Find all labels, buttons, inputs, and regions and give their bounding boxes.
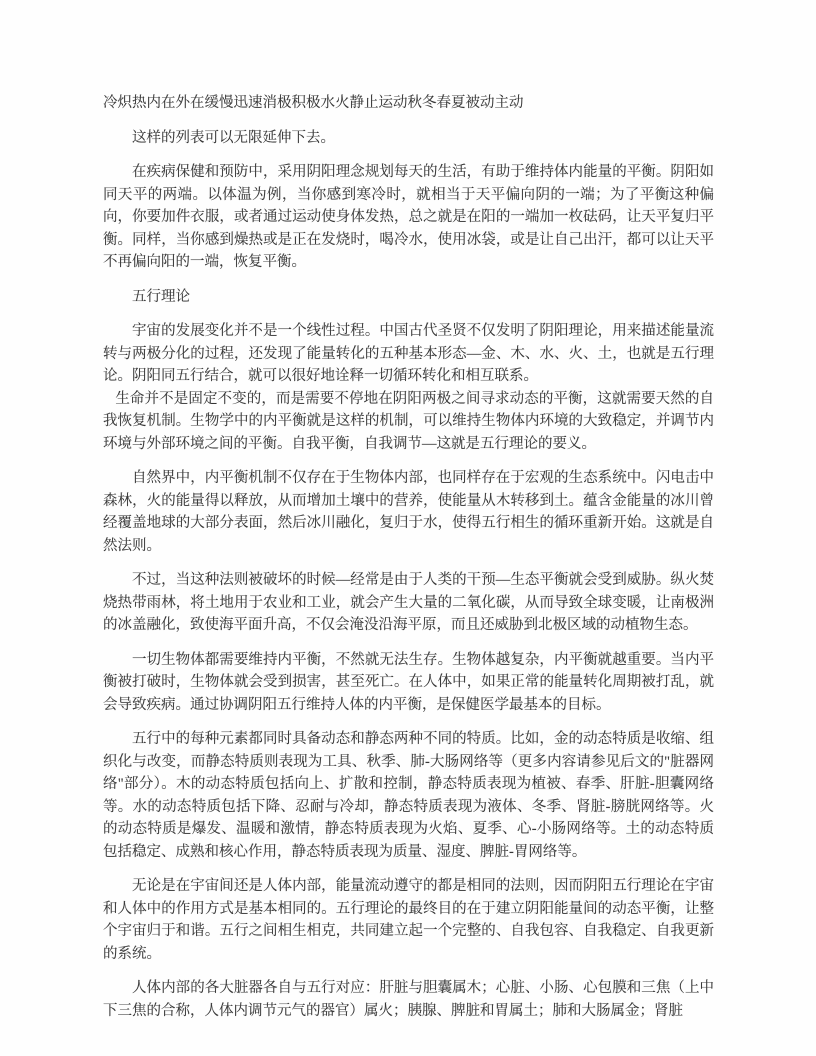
- yinyang-daily-life-paragraph: 在疾病保健和预防中，采用阴阳理念规划每天的生活，有助于维持体内能量的平衡。阴阳如…: [103, 161, 714, 274]
- page-text-content: 冷炽热内在外在缓慢迅速消极积极水火静止运动秋冬春夏被动主动 这样的列表可以无限延…: [103, 92, 714, 1034]
- life-dynamic-balance-paragraph: 生命并不是固定不变的，而是需要不停地在阴阳两极之间寻求动态的平衡，这就需要天然的…: [103, 388, 714, 456]
- antonym-word-list: 冷炽热内在外在缓慢迅速消极积极水火静止运动秋冬春夏被动主动: [103, 92, 714, 115]
- organism-homeostasis-paragraph: 一切生物体都需要维持内平衡，不然就无法生存。生物体越复杂，内平衡就越重要。当内平…: [103, 649, 714, 717]
- ecological-threat-paragraph: 不过，当这种法则被破坏的时候—经常是由于人类的干预—生态平衡就会受到威胁。纵火焚…: [103, 569, 714, 637]
- universe-development-paragraph: 宇宙的发展变化并不是一个线性过程。中国古代圣贤不仅发明了阴阳理论，用来描述能量流…: [103, 320, 714, 388]
- nature-homeostasis-paragraph: 自然界中，内平衡机制不仅存在于生物体内部，也同样存在于宏观的生态系统中。闪电击中…: [103, 467, 714, 557]
- document-page: 冷炽热内在外在缓慢迅速消极积极水火静止运动秋冬春夏被动主动 这样的列表可以无限延…: [0, 0, 816, 1056]
- organs-five-elements-mapping-paragraph: 人体内部的各大脏器各自与五行对应：肝脏与胆囊属木；心脏、小肠、心包膜和三焦（上中…: [103, 977, 714, 1022]
- list-remark: 这样的列表可以无限延伸下去。: [103, 127, 714, 150]
- section-heading-five-elements: 五行理论: [103, 286, 714, 309]
- universal-law-paragraph: 无论是在宇宙间还是人体内部，能量流动遵守的都是相同的法则，因而阴阳五行理论在宇宙…: [103, 875, 714, 965]
- five-elements-traits-paragraph: 五行中的每种元素都同时具备动态和静态两种不同的特质。比如，金的动态特质是收缩、组…: [103, 728, 714, 863]
